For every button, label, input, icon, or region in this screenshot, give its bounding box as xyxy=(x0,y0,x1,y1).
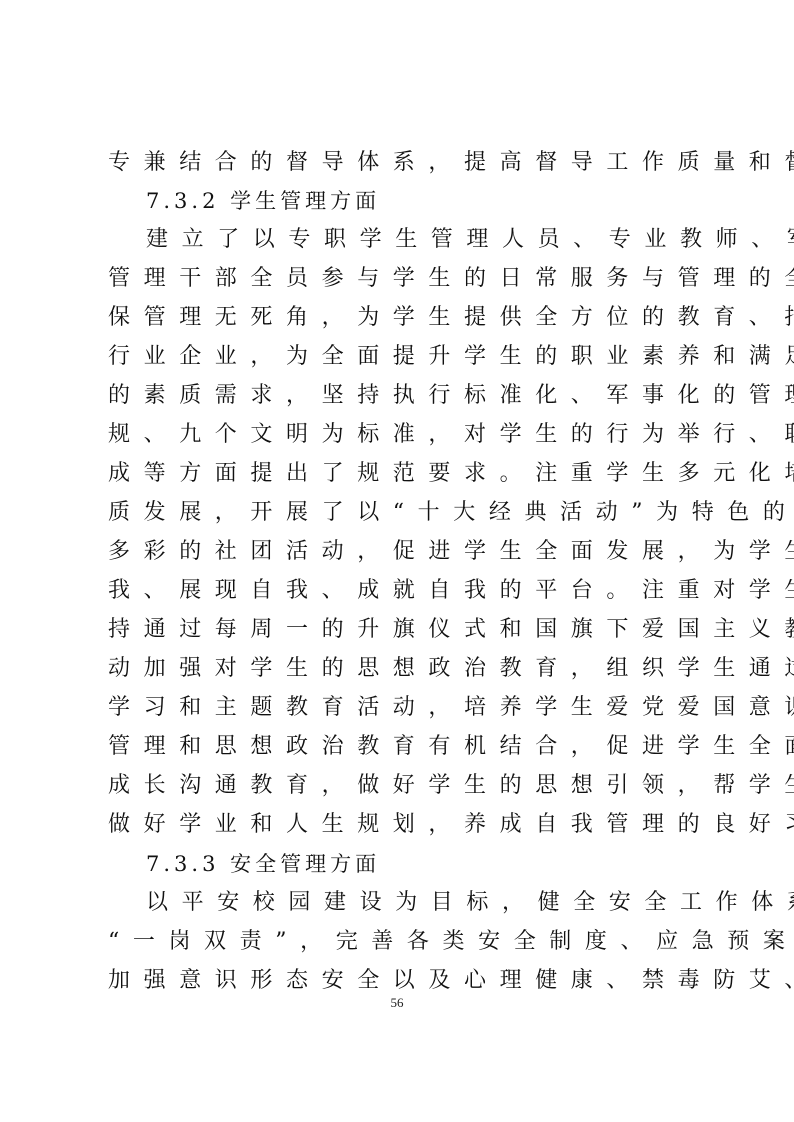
text-line: 做好学业和人生规划，养成自我管理的良好习惯。 xyxy=(108,810,694,840)
text-line: “一岗双责”，完善各类安全制度、应急预案和安全责任清单， xyxy=(108,927,694,957)
text-line: 以平安校园建设为目标，健全安全工作体系，坚持落实 xyxy=(146,888,694,918)
text-line: 建立了以专职学生管理人员、专业教师、军体教官、行政 xyxy=(146,225,694,255)
page-number: 56 xyxy=(0,995,794,1011)
text-line: 保管理无死角，为学生提供全方位的教育、指导和服务。对标 xyxy=(108,303,694,333)
text-line: 学习和主题教育活动，培养学生爱党爱国意识，把学生的日常 xyxy=(108,693,694,723)
text-line: 加强意识形态安全以及心理健康、禁毒防艾、预防电信网络诈 xyxy=(108,966,694,996)
document-page: 专兼结合的督导体系，提高督导工作质量和督导效率。7.3.2 学生管理方面建立了以… xyxy=(0,0,794,1122)
text-line: 管理干部全员参与学生的日常服务与管理的全员管理体系，确 xyxy=(108,264,694,294)
section-heading: 7.3.2 学生管理方面 xyxy=(146,186,694,216)
text-line: 成等方面提出了规范要求。注重学生多元化培养，重视综合素 xyxy=(108,459,694,489)
text-line: 动加强对学生的思想政治教育，组织学生通过党课教育、党史 xyxy=(108,654,694,684)
text-line: 的素质需求，坚持执行标准化、军事化的管理模式，以八大常 xyxy=(108,381,694,411)
text-line: 管理和思想政治教育有机结合，促进学生全面发展。坚持开展 xyxy=(108,732,694,762)
text-line: 多彩的社团活动，促进学生全面发展，为学生提供了发现自 xyxy=(108,537,694,567)
text-line: 专兼结合的督导体系，提高督导工作质量和督导效率。 xyxy=(108,148,694,178)
section-heading: 7.3.3 安全管理方面 xyxy=(146,849,694,879)
text-line: 行业企业，为全面提升学生的职业素养和满足行业企业对员工 xyxy=(108,342,694,372)
text-line: 质发展，开展了以“十大经典活动”为特色的系列活动和丰富 xyxy=(108,498,694,528)
text-line: 持通过每周一的升旗仪式和国旗下爱国主义教育主题演讲等活 xyxy=(108,615,694,645)
text-line: 我、展现自我、成就自我的平台。注重对学生的思想引领，坚 xyxy=(108,576,694,606)
text-line: 成长沟通教育，做好学生的思想引领，帮学生正确认识自我、 xyxy=(108,771,694,801)
text-line: 规、九个文明为标准，对学生的行为举行、职业形象、内务养 xyxy=(108,420,694,450)
